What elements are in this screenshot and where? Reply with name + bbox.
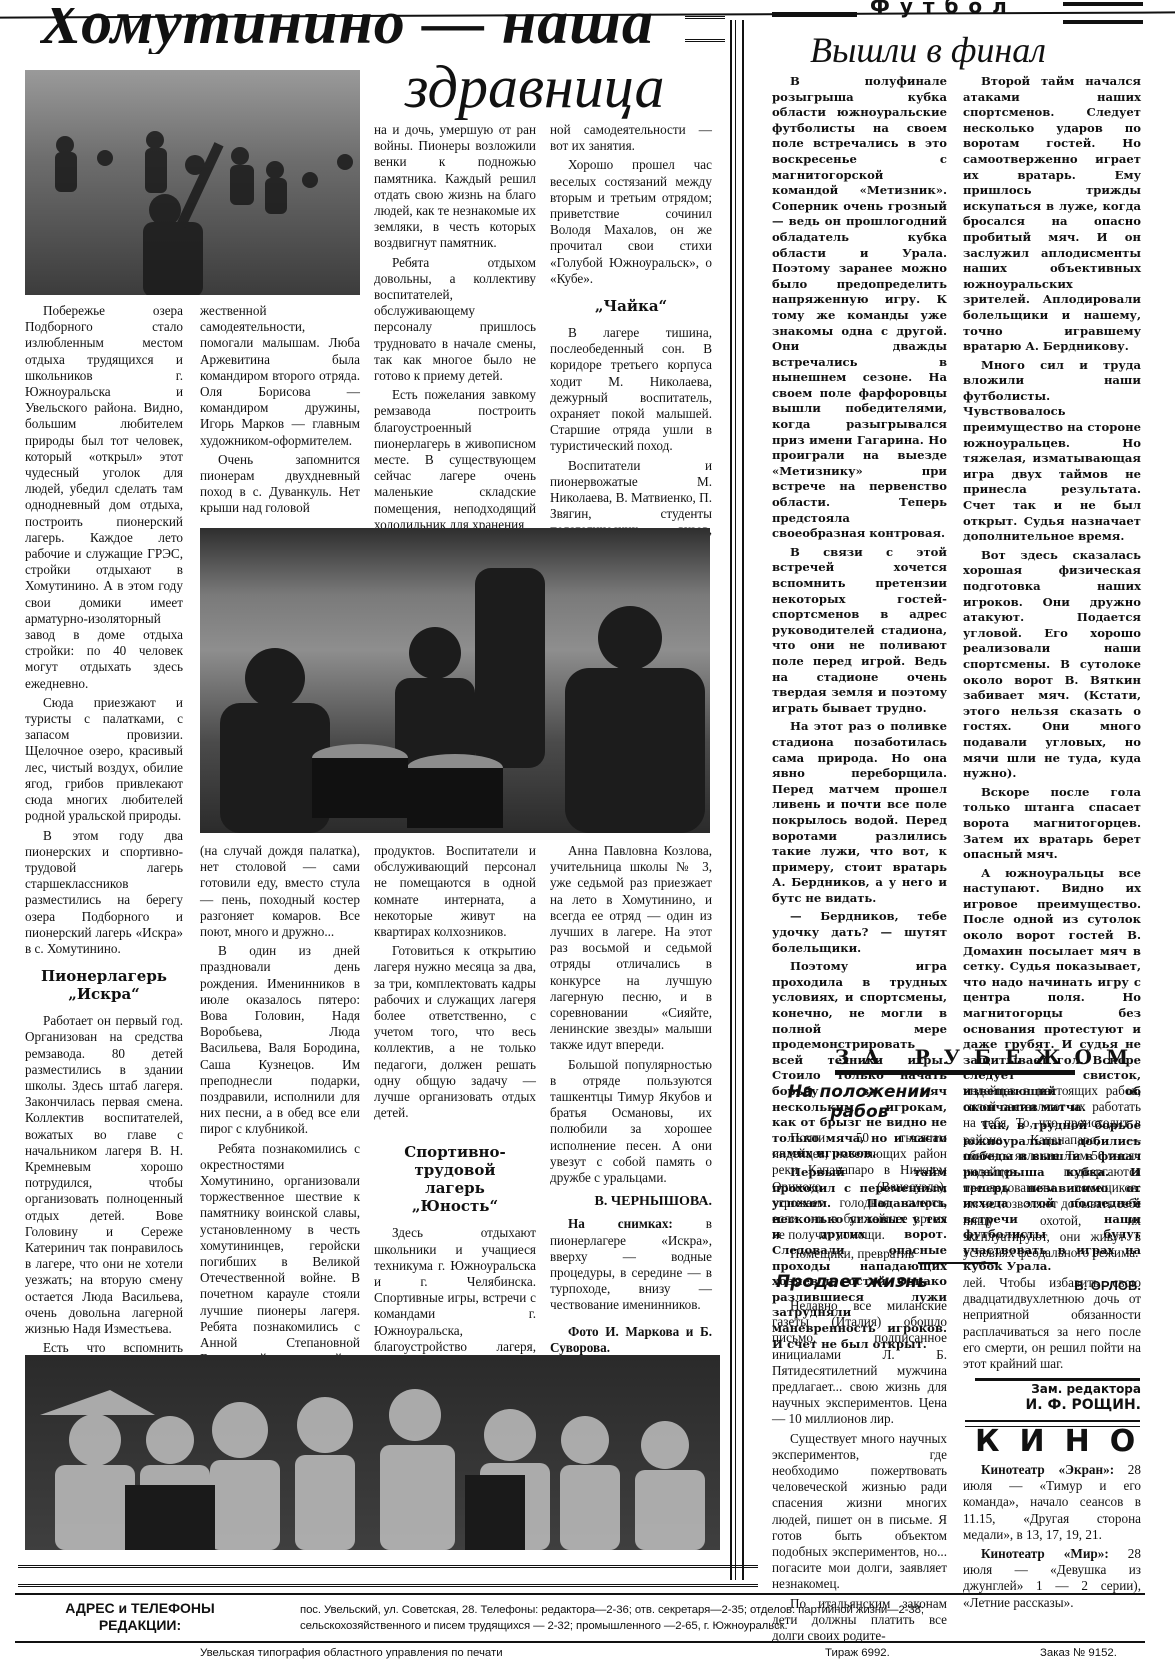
article-col-4-bottom: Анна Павловна Козлова, учительница школы… (550, 843, 712, 1356)
footer-rule-bottom (15, 1641, 1145, 1643)
article-col-2-top: жественной самодеятельности, помогали ма… (200, 303, 360, 517)
paragraph: Вскоре после гола только штанга спасает … (963, 785, 1141, 863)
paragraph: Сюда приезжают и туристы с палатками, с … (25, 695, 183, 825)
editor-name: И. Ф. РОЩИН. (963, 1397, 1141, 1414)
paragraph: Много сил и труда вложили наши футболист… (963, 358, 1141, 545)
subheading-iskra: Пионерлагерь „Искра“ (25, 967, 183, 1003)
paragraph: индейцев в настоящих рабов, силой застав… (963, 1083, 1141, 1261)
cinema-item-ekran: Кинотеатр «Экран»: 28 июля — «Тимур и ег… (963, 1462, 1141, 1543)
abroad2-title: Продает жизнь (776, 1272, 947, 1292)
paragraph: В этом году два пионерских и спортивно-т… (25, 828, 183, 958)
paragraph: жественной самодеятельности, помогали ма… (200, 303, 360, 449)
campers-illustration-icon (200, 528, 710, 833)
paragraph: В полуфинале розыгрыша кубка области южн… (772, 74, 947, 542)
abroad1-column-b: индейцев в настоящих рабов, силой застав… (963, 1083, 1141, 1261)
abroad2-column-b: лей. Чтобы избавить свою двадцатидвухлет… (963, 1275, 1141, 1372)
article-col-3-top: на и дочь, умершую от ран войны. Пионеры… (374, 122, 536, 533)
editor-signature: Зам. редактора И. Ф. РОЩИН. (963, 1382, 1141, 1414)
abroad-rubric: ЗА РУБЕЖОМ (835, 1045, 1142, 1069)
headline-line1: Хомутинино — наша (40, 0, 654, 54)
paragraph: В один из дней праздновали день рождения… (200, 943, 360, 1137)
abroad2-column-a: Продает жизнь Недавно все миланские газе… (772, 1272, 947, 1644)
photo-birthday-celebration (25, 1355, 720, 1550)
footer-address: пос. Увельский, ул. Советская, 28. Телеф… (300, 1602, 1150, 1634)
photo-caption-label: На снимках: (568, 1216, 673, 1231)
paragraph: Работает он первый год. Организован на с… (25, 1013, 183, 1337)
column-separator-vertical (730, 20, 744, 1580)
paragraph: А южноуральцы все наступают. Видно их иг… (963, 866, 1141, 1116)
circulation: Тираж 6992. (825, 1647, 890, 1659)
headline-line2: здравница (405, 56, 665, 118)
address-label-line1: АДРЕС и ТЕЛЕФОНЫ (55, 1600, 225, 1617)
abroad1-title: На положении рабов (780, 1082, 939, 1122)
article-author: В. ЧЕРНЫШОВА. (550, 1194, 712, 1210)
editor-rule-top (975, 1378, 1140, 1381)
paragraph: Второй тайм начался атаками наших спортс… (963, 74, 1141, 355)
article-col-3-bottom: продуктов. Воспитатели и обслуживающий п… (374, 843, 536, 1404)
paragraph: Помещики, превратив (772, 1246, 947, 1262)
order-number: Заказ № 9152. (1040, 1647, 1117, 1659)
cinema-venue: Кинотеатр «Мир»: (981, 1546, 1109, 1561)
photo-credit: Фото И. Маркова и Б. Суворова. (550, 1324, 712, 1356)
paragraph: Побережье озера Подборного стало излюбле… (25, 303, 183, 692)
cinema-listings: Кинотеатр «Экран»: 28 июля — «Тимур и ег… (963, 1462, 1141, 1611)
photo-hiking (200, 528, 710, 833)
cinema-title: КИНО (975, 1426, 1155, 1458)
football-rubric-bar-left (772, 12, 857, 17)
paragraph: В связи с этой встречей хочется вспомнит… (772, 545, 947, 717)
swimmers-illustration-icon (25, 70, 360, 295)
photo-caption: На снимках: в пионерлагере «Искра», ввер… (550, 1216, 712, 1313)
headline-side-rules (685, 16, 725, 42)
paragraph: продуктов. Воспитатели и обслуживающий п… (374, 843, 536, 940)
footer-address-label: АДРЕС и ТЕЛЕФОНЫ РЕДАКЦИИ: (55, 1600, 225, 1634)
address-line-1: пос. Увельский, ул. Советская, 28. Телеф… (300, 1602, 1150, 1618)
paragraph: Анна Павловна Козлова, учительница школы… (550, 843, 712, 1054)
paragraph: Недавно все миланские газеты (Италия) об… (772, 1298, 947, 1428)
abroad1-column-a: На положении рабов Почти 50 тысячам инде… (772, 1080, 947, 1263)
paragraph: Очень запомнится пионерам двухдневный по… (200, 452, 360, 517)
paragraph: Ребята познакомились с окрестностями Хом… (200, 1141, 360, 1384)
printer-info: Увельская типография областного управлен… (200, 1647, 503, 1659)
abroad-divider (918, 1262, 998, 1264)
article-col-2-bottom: (на случай дождя палатка), нет столовой … (200, 843, 360, 1384)
address-label-line2: РЕДАКЦИИ: (55, 1617, 225, 1634)
paragraph: Существует много научных экспериментов, … (772, 1431, 947, 1593)
paragraph: Почти 50 тысячам индейцев, населяющих ра… (772, 1130, 947, 1243)
paragraph: — Бердников, тебе удочку дать? — шутят б… (772, 909, 947, 956)
paragraph: Вот здесь сказалась хорошая физическая п… (963, 548, 1141, 782)
football-headline: Вышли в финал (810, 30, 1046, 70)
subheading-chaika: „Чайка“ (550, 297, 712, 315)
paragraph: на и дочь, умершую от ран войны. Пионеры… (374, 122, 536, 252)
paragraph: На этот раз о поливке стадиона позаботил… (772, 719, 947, 906)
paragraph: лей. Чтобы избавить свою двадцатидвухлет… (963, 1275, 1141, 1372)
paragraph: Хорошо прошел час веселых состязаний меж… (550, 157, 712, 287)
children-illustration-icon (25, 1355, 720, 1550)
football-rubric-bar-right (1063, 2, 1143, 24)
photo-swimming (25, 70, 360, 295)
cinema-venue: Кинотеатр «Экран»: (981, 1462, 1114, 1477)
abroad-rubric-bar (835, 1070, 1075, 1075)
paragraph: Большой популярностью в отряде пользуютс… (550, 1057, 712, 1187)
paragraph: Есть пожелания завкому ремзавода построи… (374, 387, 536, 533)
article-col-1: Побережье озера Подборного стало излюбле… (25, 303, 183, 1437)
paragraph: Ребята отдыхом довольны, а коллективу во… (374, 255, 536, 385)
paragraph: В лагере тишина, послеобеденный сон. В к… (550, 325, 712, 455)
editor-label: Зам. редактора (963, 1382, 1141, 1397)
paragraph: (на случай дождя палатка), нет столовой … (200, 843, 360, 940)
footer-rule-top (15, 1593, 1145, 1595)
page-divider-rules (18, 1565, 758, 1587)
football-rubric: Футбол (870, 0, 1017, 16)
subheading-yunost: Спортивно-трудовой лагерь „Юность“ (384, 1143, 526, 1215)
article-col-4-top: ной самодеятельности — вот их занятия. Х… (550, 122, 712, 555)
address-line-2: сельскохозяйственного и писем трудящихся… (300, 1618, 1150, 1634)
column-separator-vertical-inner (735, 20, 736, 1580)
paragraph: ной самодеятельности — вот их занятия. (550, 122, 712, 154)
paragraph: Готовиться к открытию лагеря нужно месяц… (374, 943, 536, 1121)
